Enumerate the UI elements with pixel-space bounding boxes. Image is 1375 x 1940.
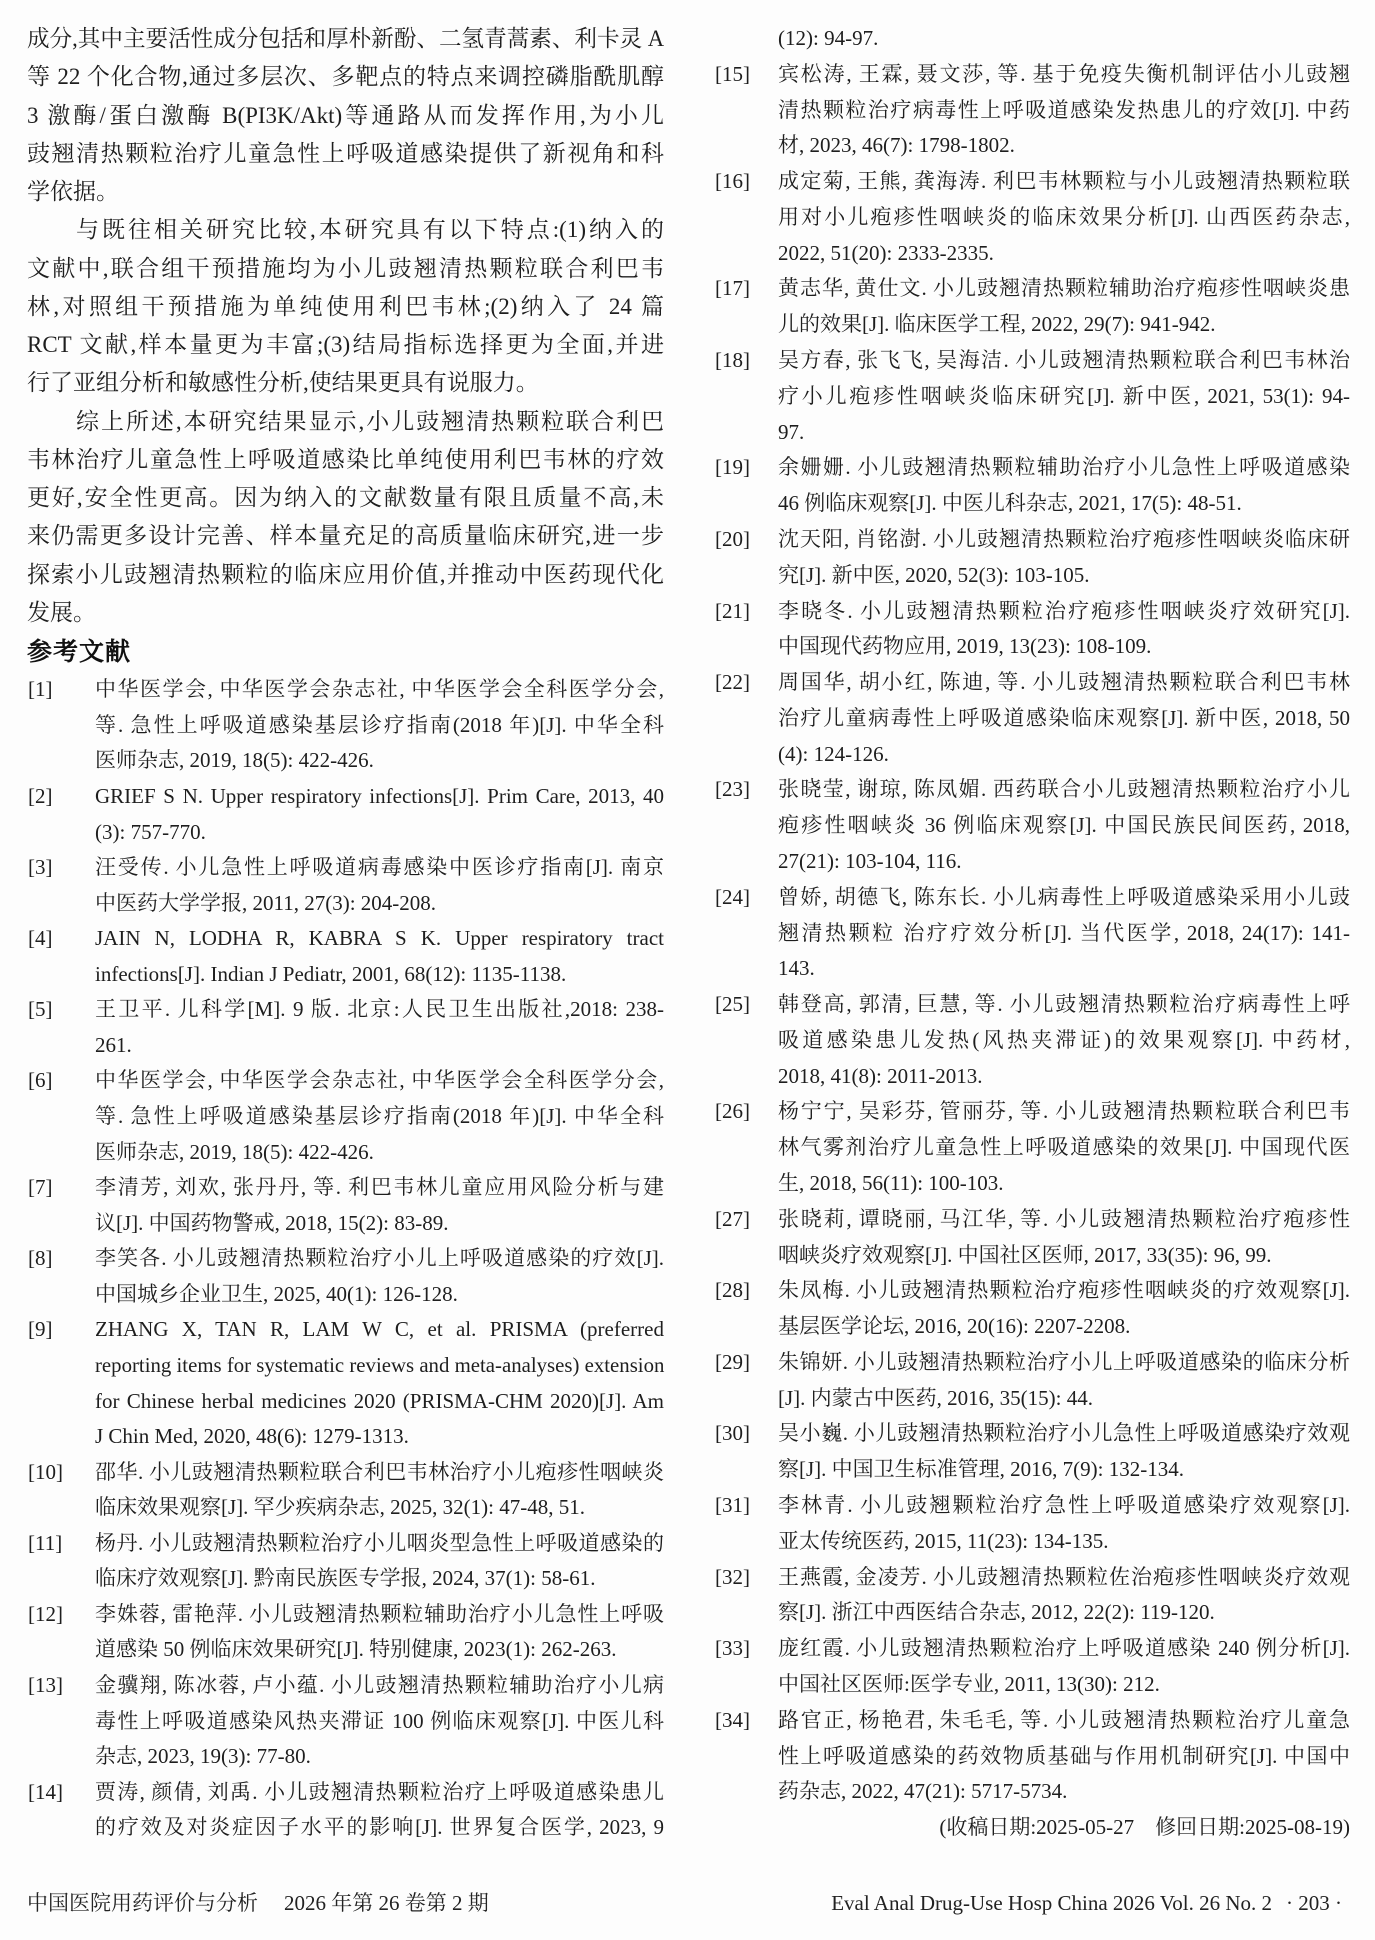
reference-item: [7] 李清芳, 刘欢, 张丹丹, 等. 利巴韦林儿童应用风险分析与建 议[J]… [27, 1170, 664, 1241]
reference-number: [19] [715, 450, 750, 486]
reference-line: 朱锦妍. 小儿豉翘清热颗粒治疗小儿上呼吸道感染的临床分析 [778, 1345, 1350, 1381]
reference-line: 中国现代药物应用, 2019, 13(23): 108-109. [778, 629, 1350, 665]
reference-item: [28] 朱凤梅. 小儿豉翘清热颗粒治疗疱疹性咽峡炎的疗效观察[J]. 基层医学… [714, 1273, 1350, 1345]
reference-line: (4): 124-126. [778, 737, 1350, 773]
footer-journal-en: Eval Anal Drug-Use Hosp China 2026 Vol. … [831, 1891, 1272, 1915]
reference-line: 曾娇, 胡德飞, 陈东长. 小儿病毒性上呼吸道感染采用小儿豉 [778, 880, 1350, 916]
left-column: 成分,其中主要活性成分包括和厚朴新酚、二氢青蒿素、利卡灵 A 等 22 个化合物… [27, 20, 664, 1846]
reference-line: 李笑各. 小儿豉翘清热颗粒治疗小儿上呼吸道感染的疗效[J]. [95, 1241, 664, 1277]
reference-number: [12] [28, 1597, 63, 1633]
body-line: 发展。 [27, 594, 664, 632]
reference-line: 吴方春, 张飞飞, 吴海洁. 小儿豉翘清热颗粒联合利巴韦林治 [778, 343, 1350, 379]
reference-line: 张晓莉, 谭晓丽, 马江华, 等. 小儿豉翘清热颗粒治疗疱疹性 [778, 1202, 1350, 1238]
reference-line: 察[J]. 中国卫生标准管理, 2016, 7(9): 132-134. [778, 1452, 1350, 1488]
reference-item: [3] 汪受传. 小儿急性上呼吸道病毒感染中医诊疗指南[J]. 南京 中医药大学… [27, 850, 664, 921]
reference-line: 究[J]. 新中医, 2020, 52(3): 103-105. [778, 558, 1350, 594]
reference-line: 杂志, 2023, 19(3): 77-80. [95, 1739, 664, 1775]
reference-number: [25] [715, 987, 750, 1023]
reference-item: [31] 李林青. 小儿豉翘颗粒治疗急性上呼吸道感染疗效观察[J]. 亚太传统医… [714, 1488, 1350, 1560]
reference-line: 李姝蓉, 雷艳萍. 小儿豉翘清热颗粒辅助治疗小儿急性上呼吸 [95, 1597, 664, 1633]
reference-line: 议[J]. 中国药物警戒, 2018, 15(2): 83-89. [95, 1206, 664, 1242]
reference-line: infections[J]. Indian J Pediatr, 2001, 6… [95, 957, 664, 993]
reference-item: [25] 韩登高, 郭清, 巨慧, 等. 小儿豉翘清热颗粒治疗病毒性上呼 吸道感… [714, 987, 1350, 1094]
reference-number: [14] [28, 1775, 63, 1811]
body-line: 豉翘清热颗粒治疗儿童急性上呼吸道感染提供了新视角和科 [27, 135, 664, 173]
reference-line: 李晓冬. 小儿豉翘清热颗粒治疗疱疹性咽峡炎疗效研究[J]. [778, 594, 1350, 630]
reference-item: [6] 中华医学会, 中华医学会杂志社, 中华医学会全科医学分会, 等. 急性上… [27, 1063, 664, 1170]
references-heading: 参考文献 [27, 632, 664, 672]
reference-line: 27(21): 103-104, 116. [778, 844, 1350, 880]
body-line: 3 激酶/蛋白激酶 B(PI3K/Akt)等通路从而发挥作用,为小儿 [27, 97, 664, 135]
reference-list: [1] 中华医学会, 中华医学会杂志社, 中华医学会全科医学分会, 等. 急性上… [27, 672, 664, 1846]
reference-line: 庞红霞. 小儿豉翘清热颗粒治疗上呼吸道感染 240 例分析[J]. [778, 1631, 1350, 1667]
body-line: 探索小儿豉翘清热颗粒的临床应用价值,并推动中医药现代化 [27, 556, 664, 594]
reference-number: [10] [28, 1455, 63, 1491]
reference-number: [31] [715, 1488, 750, 1524]
reference-number: [17] [715, 271, 750, 307]
reference-number: [5] [28, 992, 53, 1028]
reference-number: [28] [715, 1273, 750, 1309]
reference-line: J Chin Med, 2020, 48(6): 1279-1313. [95, 1419, 664, 1455]
reference-line: 毒性上呼吸道感染风热夹滞证 100 例临床观察[J]. 中医儿科 [95, 1704, 664, 1740]
reference-item: [1] 中华医学会, 中华医学会杂志社, 中华医学会全科医学分会, 等. 急性上… [27, 672, 664, 779]
reference-item: [19] 余姗姗. 小儿豉翘清热颗粒辅助治疗小儿急性上呼吸道感染 46 例临床观… [714, 450, 1350, 522]
reference-line: GRIEF S N. Upper respiratory infections[… [95, 779, 664, 815]
reference-line: 道感染 50 例临床效果研究[J]. 特别健康, 2023(1): 262-26… [95, 1632, 664, 1668]
reference-line: 路官正, 杨艳君, 朱毛毛, 等. 小儿豉翘清热颗粒治疗儿童急 [778, 1703, 1350, 1739]
reference-line: 261. [95, 1028, 664, 1064]
reference-item: [17] 黄志华, 黄仕文. 小儿豉翘清热颗粒辅助治疗疱疹性咽峡炎患 儿的效果[… [714, 271, 1350, 343]
reference-line: [J]. 内蒙古中医药, 2016, 35(15): 44. [778, 1381, 1350, 1417]
body-line: 行了亚组分析和敏感性分析,使结果更具有说服力。 [27, 364, 664, 402]
reference-line: 中华医学会, 中华医学会杂志社, 中华医学会全科医学分会, [95, 672, 664, 708]
reference-number: [24] [715, 880, 750, 916]
reference-number: [26] [715, 1094, 750, 1130]
body-paragraph: 综上所述,本研究结果显示,小儿豉翘清热颗粒联合利巴 韦林治疗儿童急性上呼吸道感染… [27, 403, 664, 633]
reference-line: 疱疹性咽峡炎 36 例临床观察[J]. 中国民族民间医药, 2018, [778, 808, 1350, 844]
reference-number: [34] [715, 1703, 750, 1739]
reference-number: [20] [715, 522, 750, 558]
reference-line: 李清芳, 刘欢, 张丹丹, 等. 利巴韦林儿童应用风险分析与建 [95, 1170, 664, 1206]
reference-item: [22] 周国华, 胡小红, 陈迪, 等. 小儿豉翘清热颗粒联合利巴韦林 治疗儿… [714, 665, 1350, 772]
reference-line: 基层医学论坛, 2016, 20(16): 2207-2208. [778, 1309, 1350, 1345]
reference-item: [11] 杨丹. 小儿豉翘清热颗粒治疗小儿咽炎型急性上呼吸道感染的 临床疗效观察… [27, 1526, 664, 1597]
reference-number: [21] [715, 594, 750, 630]
body-line: 来仍需更多设计完善、样本量充足的高质量临床研究,进一步 [27, 517, 664, 555]
reference-item: [8] 李笑各. 小儿豉翘清热颗粒治疗小儿上呼吸道感染的疗效[J]. 中国城乡企… [27, 1241, 664, 1312]
reference-number: [2] [28, 779, 53, 815]
reference-line: 中国社区医师:医学专业, 2011, 13(30): 212. [778, 1667, 1350, 1703]
reference-line: 生, 2018, 56(11): 100-103. [778, 1166, 1350, 1202]
reference-line: 2022, 51(20): 2333-2335. [778, 236, 1350, 272]
reference-line: 材, 2023, 46(7): 1798-1802. [778, 128, 1350, 164]
reference-number: [8] [28, 1241, 53, 1277]
reference-number: [1] [28, 672, 53, 708]
reference-line: 中医药大学学报, 2011, 27(3): 204-208. [95, 886, 664, 922]
body-line: 林,对照组干预措施为单纯使用利巴韦林;(2)纳入了 24 篇 [27, 288, 664, 326]
reference-number: [6] [28, 1063, 53, 1099]
reference-line: 汪受传. 小儿急性上呼吸道病毒感染中医诊疗指南[J]. 南京 [95, 850, 664, 886]
reference-line: 李林青. 小儿豉翘颗粒治疗急性上呼吸道感染疗效观察[J]. [778, 1488, 1350, 1524]
reference-line: 贾涛, 颜倩, 刘禹. 小儿豉翘清热颗粒治疗上呼吸道感染患儿 [95, 1775, 664, 1811]
reference-line: 用对小儿疱疹性咽峡炎的临床效果分析[J]. 山西医药杂志, [778, 200, 1350, 236]
reference-line: 黄志华, 黄仕文. 小儿豉翘清热颗粒辅助治疗疱疹性咽峡炎患 [778, 271, 1350, 307]
reference-item: [4] JAIN N, LODHA R, KABRA S K. Upper re… [27, 921, 664, 992]
reference-line: 察[J]. 浙江中西医结合杂志, 2012, 22(2): 119-120. [778, 1595, 1350, 1631]
body-paragraph: 与既往相关研究比较,本研究具有以下特点:(1)纳入的 文献中,联合组干预措施均为… [27, 211, 664, 402]
reference-line: 46 例临床观察[J]. 中医儿科杂志, 2021, 17(5): 48-51. [778, 486, 1350, 522]
reference-number: [3] [28, 850, 53, 886]
reference-line: 性上呼吸道感染的药效物质基础与作用机制研究[J]. 中国中 [778, 1739, 1350, 1775]
body-line: RCT 文献,样本量更为丰富;(3)结局指标选择更为全面,并进 [27, 326, 664, 364]
reference-line: 等. 急性上呼吸道感染基层诊疗指南(2018 年)[J]. 中华全科 [95, 708, 664, 744]
reference-line: 朱凤梅. 小儿豉翘清热颗粒治疗疱疹性咽峡炎的疗效观察[J]. [778, 1273, 1350, 1309]
reference-line: 亚太传统医药, 2015, 11(23): 134-135. [778, 1524, 1350, 1560]
reference-item: [24] 曾娇, 胡德飞, 陈东长. 小儿病毒性上呼吸道感染采用小儿豉 翘清热颗… [714, 880, 1350, 987]
reference-line: 成定菊, 王熊, 龚海涛. 利巴韦林颗粒与小儿豉翘清热颗粒联 [778, 164, 1350, 200]
reference-number: [23] [715, 772, 750, 808]
reference-line: 临床效果观察[J]. 罕少疾病杂志, 2025, 32(1): 47-48, 5… [95, 1490, 664, 1526]
reference-line: 周国华, 胡小红, 陈迪, 等. 小儿豉翘清热颗粒联合利巴韦林 [778, 665, 1350, 701]
received-revised-dates: (收稿日期:2025-05-27 修回日期:2025-08-19) [714, 1810, 1350, 1846]
reference-line: 吴小巍. 小儿豉翘清热颗粒治疗小儿急性上呼吸道感染疗效观 [778, 1416, 1350, 1452]
reference-item: [33] 庞红霞. 小儿豉翘清热颗粒治疗上呼吸道感染 240 例分析[J]. 中… [714, 1631, 1350, 1703]
reference-number: [32] [715, 1560, 750, 1596]
reference-number: [18] [715, 343, 750, 379]
reference-item: [16] 成定菊, 王熊, 龚海涛. 利巴韦林颗粒与小儿豉翘清热颗粒联 用对小儿… [714, 164, 1350, 271]
reference-line: 宾松涛, 王霖, 聂文莎, 等. 基于免疫失衡机制评估小儿豉翘 [778, 57, 1350, 93]
reference-line: 翘清热颗粒 治疗疗效分析[J]. 当代医学, 2018, 24(17): 141… [778, 916, 1350, 952]
reference-line: 临床疗效观察[J]. 黔南民族医专学报, 2024, 37(1): 58-61. [95, 1561, 664, 1597]
body-line: 文献中,联合组干预措施均为小儿豉翘清热颗粒联合利巴韦 [27, 250, 664, 288]
reference-line: 97. [778, 415, 1350, 451]
body-line: 韦林治疗儿童急性上呼吸道感染比单纯使用利巴韦林的疗效 [27, 441, 664, 479]
reference-item: [10] 邵华. 小儿豉翘清热颗粒联合利巴韦林治疗小儿疱疹性咽峡炎 临床效果观察… [27, 1455, 664, 1526]
page-number: · 203 · [1286, 1891, 1342, 1915]
reference-item-continuation: (12): 94-97. [714, 21, 1350, 57]
reference-item: [2] GRIEF S N. Upper respiratory infecti… [27, 779, 664, 850]
reference-item: [14] 贾涛, 颜倩, 刘禹. 小儿豉翘清热颗粒治疗上呼吸道感染患儿 的疗效及… [27, 1775, 664, 1846]
reference-line: 中华医学会, 中华医学会杂志社, 中华医学会全科医学分会, [95, 1063, 664, 1099]
reference-line: 王卫平. 儿科学[M]. 9 版. 北京:人民卫生出版社,2018: 238- [95, 992, 664, 1028]
reference-number: [15] [715, 57, 750, 93]
reference-number: [11] [28, 1526, 62, 1562]
reference-number: [9] [28, 1312, 53, 1348]
reference-number: [33] [715, 1631, 750, 1667]
reference-line: 的疗效及对炎症因子水平的影响[J]. 世界复合医学, 2023, 9 [95, 1810, 664, 1846]
reference-item: [12] 李姝蓉, 雷艳萍. 小儿豉翘清热颗粒辅助治疗小儿急性上呼吸 道感染 5… [27, 1597, 664, 1668]
reference-item: [30] 吴小巍. 小儿豉翘清热颗粒治疗小儿急性上呼吸道感染疗效观 察[J]. … [714, 1416, 1350, 1488]
reference-line: 等. 急性上呼吸道感染基层诊疗指南(2018 年)[J]. 中华全科 [95, 1099, 664, 1135]
footer-left: 中国医院用药评价与分析2026 年第 26 卷第 2 期 [27, 1888, 489, 1918]
reference-line: 疗小儿疱疹性咽峡炎临床研究[J]. 新中医, 2021, 53(1): 94- [778, 379, 1350, 415]
reference-line: 医师杂志, 2019, 18(5): 422-426. [95, 1135, 664, 1171]
reference-line: 143. [778, 951, 1350, 987]
reference-line: 邵华. 小儿豉翘清热颗粒联合利巴韦林治疗小儿疱疹性咽峡炎 [95, 1455, 664, 1491]
reference-item: [21] 李晓冬. 小儿豉翘清热颗粒治疗疱疹性咽峡炎疗效研究[J]. 中国现代药… [714, 594, 1350, 666]
reference-line: 药杂志, 2022, 47(21): 5717-5734. [778, 1774, 1350, 1810]
reference-number: [30] [715, 1416, 750, 1452]
reference-line: 杨丹. 小儿豉翘清热颗粒治疗小儿咽炎型急性上呼吸道感染的 [95, 1526, 664, 1562]
reference-item: [29] 朱锦妍. 小儿豉翘清热颗粒治疗小儿上呼吸道感染的临床分析 [J]. 内… [714, 1345, 1350, 1417]
reference-item: [23] 张晓莹, 谢琼, 陈凤媚. 西药联合小儿豉翘清热颗粒治疗小儿 疱疹性咽… [714, 772, 1350, 879]
reference-item: [5] 王卫平. 儿科学[M]. 9 版. 北京:人民卫生出版社,2018: 2… [27, 992, 664, 1063]
reference-number: [27] [715, 1202, 750, 1238]
reference-item: [26] 杨宁宁, 吴彩芬, 管丽芬, 等. 小儿豉翘清热颗粒联合利巴韦 林气雾… [714, 1094, 1350, 1201]
footer-issue-cn: 2026 年第 26 卷第 2 期 [284, 1891, 489, 1915]
reference-item: [13] 金骥翔, 陈冰蓉, 卢小蕴. 小儿豉翘清热颗粒辅助治疗小儿病 毒性上呼… [27, 1668, 664, 1775]
reference-line: 2018, 41(8): 2011-2013. [778, 1059, 1350, 1095]
reference-item: [32] 王燕霞, 金凌芳. 小儿豉翘清热颗粒佐治疱疹性咽峡炎疗效观 察[J].… [714, 1560, 1350, 1632]
body-line: 成分,其中主要活性成分包括和厚朴新酚、二氢青蒿素、利卡灵 A [27, 20, 652, 58]
right-column: (12): 94-97. [15] 宾松涛, 王霖, 聂文莎, 等. 基于免疫失… [714, 21, 1350, 1846]
body-line: 综上所述,本研究结果显示,小儿豉翘清热颗粒联合利巴 [27, 403, 664, 441]
reference-line: 王燕霞, 金凌芳. 小儿豉翘清热颗粒佐治疱疹性咽峡炎疗效观 [778, 1560, 1350, 1596]
reference-line: 杨宁宁, 吴彩芬, 管丽芬, 等. 小儿豉翘清热颗粒联合利巴韦 [778, 1094, 1350, 1130]
reference-item: [27] 张晓莉, 谭晓丽, 马江华, 等. 小儿豉翘清热颗粒治疗疱疹性 咽峡炎… [714, 1202, 1350, 1274]
reference-line: for Chinese herbal medicines 2020 (PRISM… [95, 1384, 664, 1420]
reference-item: [18] 吴方春, 张飞飞, 吴海洁. 小儿豉翘清热颗粒联合利巴韦林治 疗小儿疱… [714, 343, 1350, 450]
reference-line: 沈天阳, 肖铭澍. 小儿豉翘清热颗粒治疗疱疹性咽峡炎临床研 [778, 522, 1350, 558]
reference-item: [34] 路官正, 杨艳君, 朱毛毛, 等. 小儿豉翘清热颗粒治疗儿童急 性上呼… [714, 1703, 1350, 1810]
reference-line: 咽峡炎疗效观察[J]. 中国社区医师, 2017, 33(35): 96, 99… [778, 1238, 1350, 1274]
reference-number: [13] [28, 1668, 63, 1704]
reference-line: 张晓莹, 谢琼, 陈凤媚. 西药联合小儿豉翘清热颗粒治疗小儿 [778, 772, 1350, 808]
body-line: 与既往相关研究比较,本研究具有以下特点:(1)纳入的 [27, 211, 664, 249]
reference-item: [9] ZHANG X, TAN R, LAM W C, et al. PRIS… [27, 1312, 664, 1454]
reference-item: [20] 沈天阳, 肖铭澍. 小儿豉翘清热颗粒治疗疱疹性咽峡炎临床研 究[J].… [714, 522, 1350, 594]
journal-page: 成分,其中主要活性成分包括和厚朴新酚、二氢青蒿素、利卡灵 A 等 22 个化合物… [0, 0, 1375, 1940]
body-line: 更好,安全性更高。因为纳入的文献数量有限且质量不高,未 [27, 479, 664, 517]
reference-item: [15] 宾松涛, 王霖, 聂文莎, 等. 基于免疫失衡机制评估小儿豉翘 清热颗… [714, 57, 1350, 164]
reference-number: [22] [715, 665, 750, 701]
reference-line: ZHANG X, TAN R, LAM W C, et al. PRISMA (… [95, 1312, 664, 1348]
reference-line: 林气雾剂治疗儿童急性上呼吸道感染的效果[J]. 中国现代医 [778, 1130, 1350, 1166]
reference-line: 吸道感染患儿发热(风热夹滞证)的效果观察[J]. 中药材, [778, 1023, 1350, 1059]
footer-journal-cn: 中国医院用药评价与分析 [27, 1891, 258, 1915]
reference-line: 余姗姗. 小儿豉翘清热颗粒辅助治疗小儿急性上呼吸道感染 [778, 450, 1350, 486]
reference-number: [29] [715, 1345, 750, 1381]
reference-line: (3): 757-770. [95, 815, 664, 851]
reference-line: 中国城乡企业卫生, 2025, 40(1): 126-128. [95, 1277, 664, 1313]
reference-number: [4] [28, 921, 53, 957]
reference-number: [16] [715, 164, 750, 200]
reference-line: 清热颗粒治疗病毒性上呼吸道感染发热患儿的疗效[J]. 中药 [778, 93, 1350, 129]
reference-line: 治疗儿童病毒性上呼吸道感染临床观察[J]. 新中医, 2018, 50 [778, 701, 1350, 737]
reference-line: 韩登高, 郭清, 巨慧, 等. 小儿豉翘清热颗粒治疗病毒性上呼 [778, 987, 1350, 1023]
reference-line: (12): 94-97. [778, 21, 1350, 57]
body-line: 学依据。 [27, 173, 664, 211]
reference-line: 儿的效果[J]. 临床医学工程, 2022, 29(7): 941-942. [778, 307, 1350, 343]
reference-line: reporting items for systematic reviews a… [95, 1348, 659, 1384]
reference-line: JAIN N, LODHA R, KABRA S K. Upper respir… [95, 921, 664, 957]
body-line: 等 22 个化合物,通过多层次、多靶点的特点来调控磷脂酰肌醇 [27, 58, 664, 96]
reference-line: 医师杂志, 2019, 18(5): 422-426. [95, 743, 664, 779]
reference-number: [7] [28, 1170, 53, 1206]
body-paragraph: 成分,其中主要活性成分包括和厚朴新酚、二氢青蒿素、利卡灵 A 等 22 个化合物… [27, 20, 664, 211]
reference-line: 金骥翔, 陈冰蓉, 卢小蕴. 小儿豉翘清热颗粒辅助治疗小儿病 [95, 1668, 664, 1704]
footer-right: Eval Anal Drug-Use Hosp China 2026 Vol. … [831, 1888, 1342, 1918]
